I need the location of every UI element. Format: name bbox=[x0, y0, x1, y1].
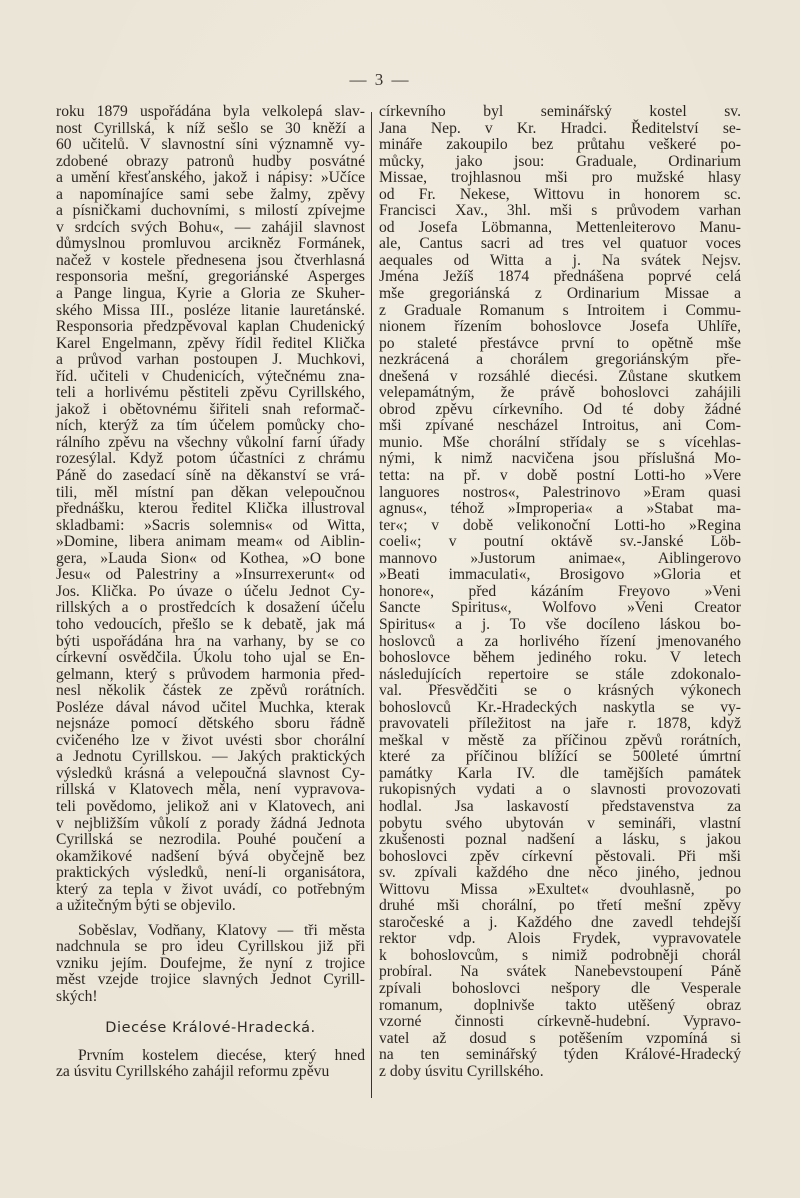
text-line: ských! bbox=[56, 989, 365, 1006]
text-line: ale, Cantus sacri ad tres vel quatuor vo… bbox=[379, 236, 741, 253]
text-line: languores nostros«, Palestrinovo »Eram q… bbox=[379, 485, 741, 502]
text-line: měst vzejde trojice slavných Jednot Cyri… bbox=[56, 972, 365, 989]
text-line: památky Karla IV. dle tamějších památek bbox=[379, 766, 741, 783]
text-line: toho vedoucích, přešlo se k debatě, jak … bbox=[56, 617, 365, 634]
text-line: Francisci Xav., 3hl. mši s průvodem varh… bbox=[379, 203, 741, 220]
text-line: teli a horlivému pěstiteli zpěvu Cyrills… bbox=[56, 385, 365, 402]
text-line: a písničkami duchovními, s milostí zpíve… bbox=[56, 203, 365, 220]
text-line: a Jednotu Cyrillskou. — Jakých praktický… bbox=[56, 749, 365, 766]
text-line: můcky, jako jsou: Graduale, Ordinarium bbox=[379, 154, 741, 171]
text-line: nesl několik částek ze zpěvů rorátních. bbox=[56, 683, 365, 700]
text-line: k bohoslovcům, s nimiž podrobněji chorál bbox=[379, 948, 741, 965]
text-line: Páně do zasedací síně na děkanství se vr… bbox=[56, 468, 365, 485]
text-line: roku 1879 uspořádána byla velkolepá slav… bbox=[56, 104, 365, 121]
text-line: romanum, doplnivše takto utěšený obraz bbox=[379, 998, 741, 1015]
paragraph: Soběslav, Vodňany, Klatovy — tři městana… bbox=[56, 923, 365, 1006]
text-line: »Domine, libera animam meam« od Aiblin- bbox=[56, 534, 365, 551]
text-line: gelmann, který s průvodem harmonia před- bbox=[56, 667, 365, 684]
text-line: Karel Engelmann, zpěvy řídil ředitel Kli… bbox=[56, 336, 365, 353]
text-line: zdobené obrazy patronů hudby posvátné bbox=[56, 154, 365, 171]
text-line: val. Přesvědčiti se o krásných výkonech bbox=[379, 683, 741, 700]
text-line: rukopisných vydati a o slavnosti provozo… bbox=[379, 782, 741, 799]
text-line: »Beati immaculati«, Brosigovo »Gloria et bbox=[379, 567, 741, 584]
text-line: 60 učitelů. V slavnostní síni významně v… bbox=[56, 137, 365, 154]
text-line: mši zpívané nescházel Introitus, ani Com… bbox=[379, 418, 741, 435]
text-line: Prvním kostelem diecése, který hned bbox=[56, 1048, 365, 1065]
text-line: ter«; v době velikonoční Lotti-ho »Regin… bbox=[379, 518, 741, 535]
text-line: nost Cyrillská, k níž sešlo se 30 kněží … bbox=[56, 121, 365, 138]
text-line: honore«, před kázáním Freyovo »Veni bbox=[379, 584, 741, 601]
text-line: a užitečným býti se objevilo. bbox=[56, 898, 365, 915]
text-line: a Pange lingua, Kyrie a Gloria ze Skuher… bbox=[56, 286, 365, 303]
text-line: coeli«; v poutní oktávě sv.-Janské Löb- bbox=[379, 534, 741, 551]
text-line: nými, k nimž nacvičena jsou příslušná Mo… bbox=[379, 451, 741, 468]
text-line: a průvod varhan postoupen J. Muchkovi, bbox=[56, 352, 365, 369]
text-line: hoslovců a za horlivého řízení jmenované… bbox=[379, 634, 741, 651]
text-line: za úsvitu Cyrillského zahájil reformu zp… bbox=[56, 1064, 365, 1081]
text-line: v srdcích svých Bohu«, — zahájil slavnos… bbox=[56, 220, 365, 237]
text-line: velepamátným, že právě bohoslovci zaháji… bbox=[379, 385, 741, 402]
text-line: sv. zpívali každého dne něco jiného, jed… bbox=[379, 865, 741, 882]
text-line: následujících repertoire se stále zdokon… bbox=[379, 667, 741, 684]
text-line: výsledků krásná a velepoučná slavnost Cy… bbox=[56, 766, 365, 783]
text-line: probíral. Na svátek Nanebevstoupení Páně bbox=[379, 964, 741, 981]
left-column: roku 1879 uspořádána byla velkolepá slav… bbox=[56, 104, 365, 1081]
text-line: Responsoria předzpěvoval kaplan Chudenic… bbox=[56, 319, 365, 336]
text-line: nadchnula se pro ideu Cyrillskou již při bbox=[56, 939, 365, 956]
text-line: přednášku, kterou ředitel Klička illustr… bbox=[56, 501, 365, 518]
text-line: v nejbližším vůkolí z porady žádná Jedno… bbox=[56, 816, 365, 833]
text-line: ského Missa III., posléze litanie lauret… bbox=[56, 303, 365, 320]
right-column: církevního byl seminářský kostel sv.Jana… bbox=[379, 104, 741, 1080]
text-line: vzniku jejím. Doufejme, že nyní z trojic… bbox=[56, 956, 365, 973]
text-line: zpívali bohoslovci nešpory dle Vesperale bbox=[379, 981, 741, 998]
text-line: z doby úsvitu Cyrillského. bbox=[379, 1064, 741, 1081]
text-line: ních, kterýž za tím účelem pomůcky cho- bbox=[56, 418, 365, 435]
text-line: Posléze dával návod učitel Muchka, ktera… bbox=[56, 700, 365, 717]
text-line: agnus«, téhož »Improperia« a »Stabat ma- bbox=[379, 501, 741, 518]
text-line: responsoria mešní, gregoriánské Asperges bbox=[56, 269, 365, 286]
text-line: vatel až dosud s potěšením vzpomíná si bbox=[379, 1031, 741, 1048]
text-line: mináře zakoupilo bez průtahu veškeré po- bbox=[379, 137, 741, 154]
text-line: tetta: na př. v době postní Lotti-ho »Ve… bbox=[379, 468, 741, 485]
page-number: — 3 — bbox=[340, 70, 420, 90]
text-line: tili, měl místní pan děkan velepoučnou bbox=[56, 485, 365, 502]
text-line: mannovo »Justorum animae«, Aiblingerovo bbox=[379, 551, 741, 568]
text-line: jakož i obětovnému šiřiteli snah reforma… bbox=[56, 402, 365, 419]
text-line: z Graduale Romanum s Introitem i Commu- bbox=[379, 303, 741, 320]
column-divider bbox=[371, 112, 372, 1098]
text-line: a umění křesťanského, jakož i nápisy: »U… bbox=[56, 170, 365, 187]
text-line: rektor vdp. Alois Frydek, vypravovatele bbox=[379, 931, 741, 948]
paragraph: roku 1879 uspořádána byla velkolepá slav… bbox=[56, 104, 365, 915]
text-line: staročeské a j. Každého dne zavedl tehde… bbox=[379, 915, 741, 932]
text-line: meškal v městě za příčinou zpěvů rorátní… bbox=[379, 733, 741, 750]
text-line: obrod zpěvu církevního. Od té doby žádné bbox=[379, 402, 741, 419]
text-line: Jesu« od Palestriny a »Insurrexerunt« od bbox=[56, 567, 365, 584]
text-line: Jana Nep. v Kr. Hradci. Ředitelství se- bbox=[379, 121, 741, 138]
text-line: Jos. Klička. Po úvaze o účelu Jednot Cy- bbox=[56, 584, 365, 601]
text-line: druhé mši chorální, po třetí mešní zpěvy bbox=[379, 898, 741, 915]
text-line: mše gregoriánská z Ordinarium Missae a bbox=[379, 286, 741, 303]
text-line: praktických výsledků, není-li organisáto… bbox=[56, 865, 365, 882]
text-line: a napomínajíce sami sebe žalmy, zpěvy bbox=[56, 187, 365, 204]
text-line: Sancte Spiritus«, Wolfovo »Veni Creator bbox=[379, 600, 741, 617]
text-line: rillská v Klatovech měla, není vypravova… bbox=[56, 782, 365, 799]
document-page: — 3 — roku 1879 uspořádána byla velkolep… bbox=[0, 0, 800, 1198]
text-line: rozesýlal. Když potom účastníci z chrámu bbox=[56, 451, 365, 468]
text-line: nionem řízením bohoslovce Josefa Uhlíře, bbox=[379, 319, 741, 336]
text-line: načež v kostele přednesena jsou čtverhla… bbox=[56, 253, 365, 270]
text-line: nezkrácená a chorálem gregoriánským pře- bbox=[379, 352, 741, 369]
text-line: bohoslovci zpěv církevní pěstovali. Při … bbox=[379, 849, 741, 866]
text-line: Jména Ježíš 1874 přednášena poprvé celá bbox=[379, 269, 741, 286]
text-line: gera, »Lauda Sion« od Kothea, »O bone bbox=[56, 551, 365, 568]
text-line: od Fr. Nekese, Wittovu in honorem sc. bbox=[379, 187, 741, 204]
text-line: od Josefa Löbmanna, Mettenleiterovo Manu… bbox=[379, 220, 741, 237]
text-line: Soběslav, Vodňany, Klatovy — tři města bbox=[56, 923, 365, 940]
text-line: cvičeného lze v život uvésti sbor chorál… bbox=[56, 733, 365, 750]
text-line: rillských a o prostředcích k dosažení úč… bbox=[56, 600, 365, 617]
text-line: po staleté přestávce první to opětně mše bbox=[379, 336, 741, 353]
paragraph: církevního byl seminářský kostel sv.Jana… bbox=[379, 104, 741, 1080]
paragraph: Prvním kostelem diecése, který hnedza ús… bbox=[56, 1048, 365, 1081]
text-line: které za příčinou blížící se 500leté úmr… bbox=[379, 749, 741, 766]
text-line: nejsnáze pomocí dětského sboru řádně bbox=[56, 716, 365, 733]
text-line: pobytu svého ubytován v semináři, vlastn… bbox=[379, 816, 741, 833]
text-line: Spiritus« a j. To vše docíleno láskou bo… bbox=[379, 617, 741, 634]
text-line: Cyrillská se nezrodila. Pouhé poučení a bbox=[56, 832, 365, 849]
text-line: skladbami: »Sacris solemnis« od Witta, bbox=[56, 518, 365, 535]
text-line: důmyslnou promluvou arcikněz Formánek, bbox=[56, 236, 365, 253]
text-line: teli povědomo, jelikož ani v Klatovech, … bbox=[56, 799, 365, 816]
text-line: který za tepla v život uvádí, co potřebn… bbox=[56, 882, 365, 899]
text-line: církevní osvědčila. Úkolu toho ujal se E… bbox=[56, 650, 365, 667]
text-line: aequales od Witta a j. Na svátek Nejsv. bbox=[379, 253, 741, 270]
text-line: bohoslovce během jediného roku. V letech bbox=[379, 650, 741, 667]
text-line: vzorné činnosti církevně-hudební. Vyprav… bbox=[379, 1014, 741, 1031]
text-line: zkušenosti poznal nadšení a lásku, s jak… bbox=[379, 832, 741, 849]
text-line: dnešená v rozsáhlé diecési. Zůstane skut… bbox=[379, 369, 741, 386]
text-line: Wittovu Missa »Exultet« dvouhlasně, po bbox=[379, 882, 741, 899]
text-line: Missae, trojhlasnou mši pro mužské hlasy bbox=[379, 170, 741, 187]
text-line: munio. Mše chorální střídaly se s vícehl… bbox=[379, 435, 741, 452]
text-line: říd. učiteli v Chudenicích, výtečnému zn… bbox=[56, 369, 365, 386]
text-line: rálního zpěvu na všechny vůkolní farní ú… bbox=[56, 435, 365, 452]
text-line: býti uspořádána hra na varhany, by se co bbox=[56, 634, 365, 651]
text-line: okamžikové nadšení bývá obyčejně bez bbox=[56, 849, 365, 866]
text-line: bohoslovců Kr.-Hradeckých naskytla se vy… bbox=[379, 700, 741, 717]
text-line: pravovateli příležitost na jaře r. 1878,… bbox=[379, 716, 741, 733]
text-line: hodlal. Jsa laskavostí představenstva za bbox=[379, 799, 741, 816]
text-line: církevního byl seminářský kostel sv. bbox=[379, 104, 741, 121]
text-line: na ten seminářský týden Králové-Hradecký bbox=[379, 1047, 741, 1064]
section-heading: Diecése Králové-Hradecká. bbox=[56, 1020, 365, 1038]
